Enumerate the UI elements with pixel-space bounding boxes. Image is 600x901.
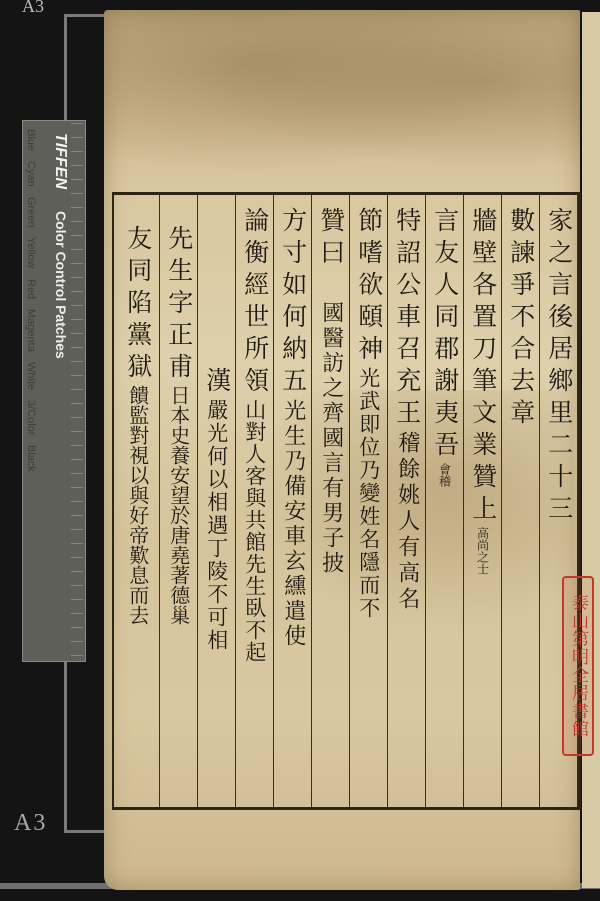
text-column-12: 友同陷黨獄 饋監對視以與好帝歎息而去 <box>116 195 160 807</box>
scan-frame-bottom <box>64 660 107 833</box>
column-note: 日本史養安望於唐堯著德巢 <box>162 385 195 625</box>
column-note: 饋監對視以與好帝歎息而去 <box>121 385 154 625</box>
patch-name: Blue <box>25 129 37 151</box>
text-column-5: 特詔公車召充王 稽餘姚人有高名 <box>388 195 426 807</box>
next-page-edge <box>582 12 600 888</box>
column-text: 言友人同郡謝夷吾 <box>428 207 461 463</box>
column-text: 友同陷黨獄 <box>121 225 154 385</box>
text-column-4: 言友人同郡謝夷吾 會稽 <box>426 195 464 807</box>
column-text: 贊曰 <box>314 207 347 271</box>
red-collector-seal: 泰山第明全居書館 <box>562 576 594 756</box>
column-note: 嚴光何以相遇丁陵不可相 <box>200 399 233 652</box>
column-note: 會稽 <box>438 463 452 487</box>
column-note: 國醫訪之齊國言有男子披 <box>314 301 347 576</box>
patch-name: Black <box>25 445 37 472</box>
column-text: 論衡經世所領 <box>238 207 271 399</box>
color-card-title: Color Control Patches <box>53 211 69 359</box>
column-note: 山對人客與共館先生臥不起 <box>238 399 271 663</box>
centimeter-ruler <box>71 123 83 659</box>
column-note: 稽餘姚人有高名 <box>390 431 423 613</box>
tiffen-color-card: Blue Cyan Green Yellow Red Magenta White… <box>22 120 86 662</box>
patch-name-list: Blue Cyan Green Yellow Red Magenta White… <box>25 129 37 472</box>
column-note: 光生乃備安車玄纁遣使 <box>276 399 309 649</box>
page-number: 二十三 <box>542 431 575 527</box>
column-text: 漢 <box>200 367 233 399</box>
patch-name: Yellow <box>25 237 37 268</box>
frame-label: A3 <box>14 810 47 837</box>
text-column-9: 論衡經世所領 山對人客與共館先生臥不起 <box>236 195 274 807</box>
water-stain <box>104 10 580 190</box>
column-text: 特詔公車召充王 <box>390 207 423 431</box>
column-note: 光武即位乃變姓名隱而不 <box>352 367 385 620</box>
patch-name: Cyan <box>25 161 37 187</box>
frame-top-mark: A3 <box>22 0 44 17</box>
column-text: 先生字正甫 <box>162 225 195 385</box>
text-column-8: 方寸如何納五 光生乃備安車玄纁遣使 <box>274 195 312 807</box>
text-column-2: 數諫爭不合去章 <box>502 195 540 807</box>
tiffen-logo: TIFFEN <box>51 133 69 189</box>
column-text: 家之言後居鄉里 <box>542 207 575 431</box>
text-column-6: 節嗜欲頤神 光武即位乃變姓名隱而不 <box>350 195 388 807</box>
column-text: 節嗜欲頤神 <box>352 207 385 367</box>
column-text: 牆壁各置刀筆文業贊上 <box>466 207 499 527</box>
text-column-3: 牆壁各置刀筆文業贊上 高尚之士 <box>464 195 502 807</box>
patch-name: Magenta <box>25 309 37 352</box>
text-column-10: 漢 嚴光何以相遇丁陵不可相 <box>198 195 236 807</box>
text-block-frame: 家之言後居鄉里 二十三 數諫爭不合去章 牆壁各置刀筆文業贊上 高尚之士 言友人同… <box>112 192 581 810</box>
column-text: 方寸如何納五 <box>276 207 309 399</box>
patch-name: Green <box>25 197 37 228</box>
column-note: 高尚之士 <box>476 527 490 575</box>
text-column-11: 先生字正甫 日本史養安望於唐堯著德巢 <box>160 195 198 807</box>
text-column-7: 贊曰 國醫訪之齊國言有男子披 <box>312 195 350 807</box>
document-page: 家之言後居鄉里 二十三 數諫爭不合去章 牆壁各置刀筆文業贊上 高尚之士 言友人同… <box>104 10 580 890</box>
column-text: 數諫爭不合去章 <box>504 207 537 431</box>
seal-text: 泰山第明全居書館 <box>568 594 588 738</box>
patch-name: 3/Color <box>25 400 37 435</box>
patch-name: Red <box>25 279 37 299</box>
patch-name: White <box>25 362 37 390</box>
